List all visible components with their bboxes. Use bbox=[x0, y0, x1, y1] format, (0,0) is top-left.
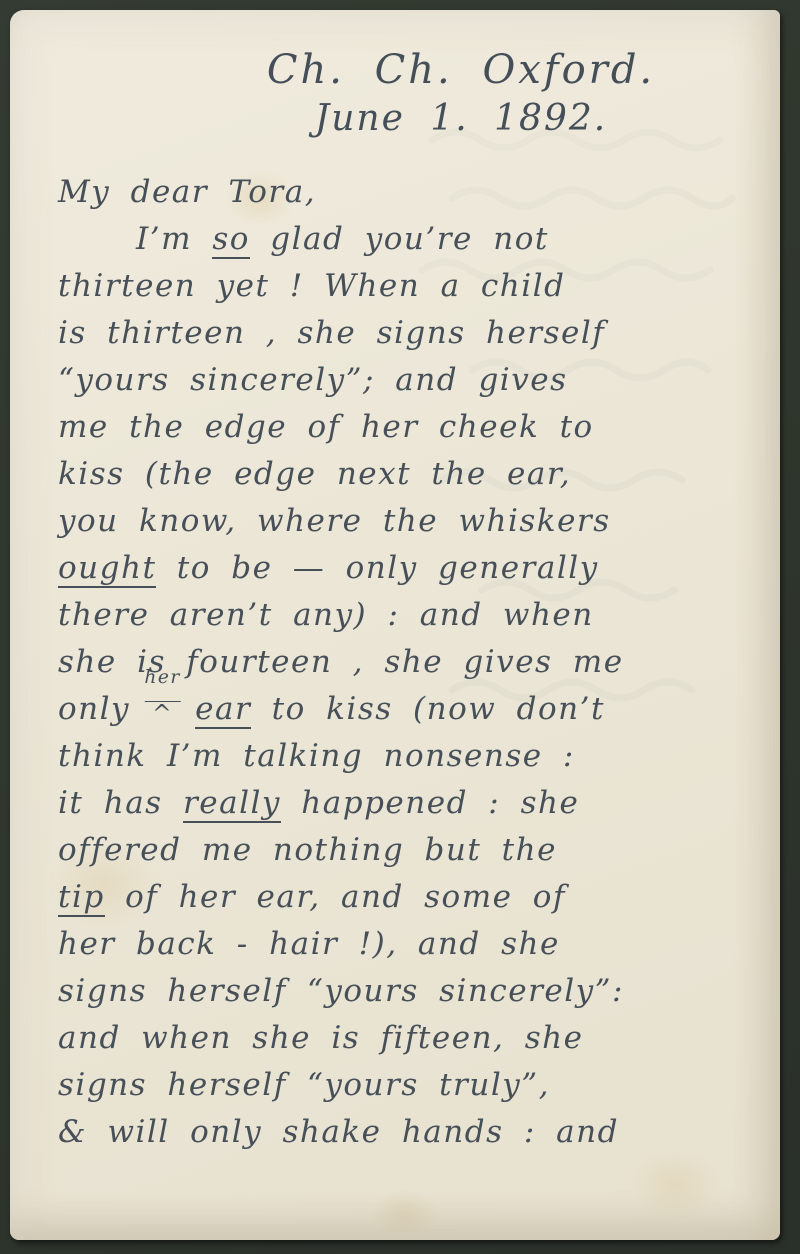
letter-text: there aren’t any) : and when bbox=[58, 597, 594, 633]
letter-text: kiss (the edge next the ear, bbox=[58, 456, 571, 492]
letter-text: to kiss (now don’t bbox=[251, 691, 605, 727]
letter-text: “yours sincerely”; and gives bbox=[58, 362, 567, 398]
underlined-word: really bbox=[183, 785, 281, 823]
letter-line: onlyher^ear to kiss (now don’t bbox=[58, 686, 750, 733]
letter-text: it has bbox=[58, 785, 183, 821]
letter-text: thirteen yet ! When a child bbox=[58, 268, 565, 304]
letter-text: of her ear, and some of bbox=[105, 879, 566, 915]
letter-line: tip of her ear, and some of bbox=[58, 874, 750, 921]
letter-text: is thirteen , she signs herself bbox=[58, 315, 605, 351]
inserted-word-with-caret: her^ bbox=[130, 688, 195, 719]
letter-text: she is fourteen , she gives me bbox=[58, 644, 624, 680]
letter-page: Ch. Ch. Oxford. June 1. 1892. My dear To… bbox=[10, 10, 780, 1240]
underlined-word: ear bbox=[195, 691, 251, 729]
letter-line: there aren’t any) : and when bbox=[58, 592, 750, 639]
paper-stain bbox=[630, 1150, 720, 1220]
letter-line: ought to be — only generally bbox=[58, 545, 750, 592]
letter-text: only bbox=[58, 691, 130, 727]
letter-text: and when she is fifteen, she bbox=[58, 1020, 583, 1056]
letter-date-line: June 1. 1892. bbox=[76, 96, 780, 143]
letter-text: her back - hair !), and she bbox=[58, 926, 560, 962]
letter-text: signs herself “yours truly”, bbox=[58, 1067, 550, 1103]
letter-text: happened : she bbox=[281, 785, 579, 821]
letter-text: me the edge of her cheek to bbox=[58, 409, 594, 445]
letter-line: signs herself “yours truly”, bbox=[58, 1062, 750, 1109]
letter-line: kiss (the edge next the ear, bbox=[58, 451, 750, 498]
underlined-word: ought bbox=[58, 550, 156, 588]
letter-text: offered me nothing but the bbox=[58, 832, 557, 868]
letter-text: you know, where the whiskers bbox=[58, 503, 611, 539]
letter-text: to be — only generally bbox=[156, 550, 598, 586]
letter-salutation: My dear Tora, bbox=[58, 169, 750, 216]
letter-place-line: Ch. Ch. Oxford. bbox=[76, 44, 780, 96]
paper-stain bbox=[370, 1190, 440, 1236]
letter-line: thirteen yet ! When a child bbox=[58, 263, 750, 310]
letter-line: I’m so glad you’re not bbox=[58, 216, 750, 263]
letter-text: glad you’re not bbox=[250, 221, 549, 257]
letter-line: is thirteen , she signs herself bbox=[58, 310, 750, 357]
letter-line: her back - hair !), and she bbox=[58, 921, 750, 968]
letter-line: “yours sincerely”; and gives bbox=[58, 357, 750, 404]
letter-line: signs herself “yours sincerely”: bbox=[58, 968, 750, 1015]
letter-text: signs herself “yours sincerely”: bbox=[58, 973, 624, 1009]
letter-line: and when she is fifteen, she bbox=[58, 1015, 750, 1062]
letter-text: think I’m talking nonsense : bbox=[58, 738, 575, 774]
scan-background: { "document": { "kind": "handwritten let… bbox=[0, 0, 800, 1254]
letter-line: me the edge of her cheek to bbox=[58, 404, 750, 451]
letter-line: you know, where the whiskers bbox=[58, 498, 750, 545]
letter-line: & will only shake hands : and bbox=[58, 1109, 750, 1156]
caret-mark: ^ bbox=[152, 702, 173, 725]
letter-text: I’m bbox=[136, 221, 212, 257]
letter-body: My dear Tora, I’m so glad you’re notthir… bbox=[58, 169, 750, 1156]
underlined-word: tip bbox=[58, 879, 105, 917]
inserted-word: her bbox=[144, 654, 180, 702]
letter-text: & will only shake hands : and bbox=[58, 1114, 619, 1150]
letter-line: it has really happened : she bbox=[58, 780, 750, 827]
letter-line: think I’m talking nonsense : bbox=[58, 733, 750, 780]
letter-line: offered me nothing but the bbox=[58, 827, 750, 874]
underlined-word: so bbox=[212, 221, 250, 259]
letter-heading: Ch. Ch. Oxford. June 1. 1892. bbox=[76, 44, 780, 143]
